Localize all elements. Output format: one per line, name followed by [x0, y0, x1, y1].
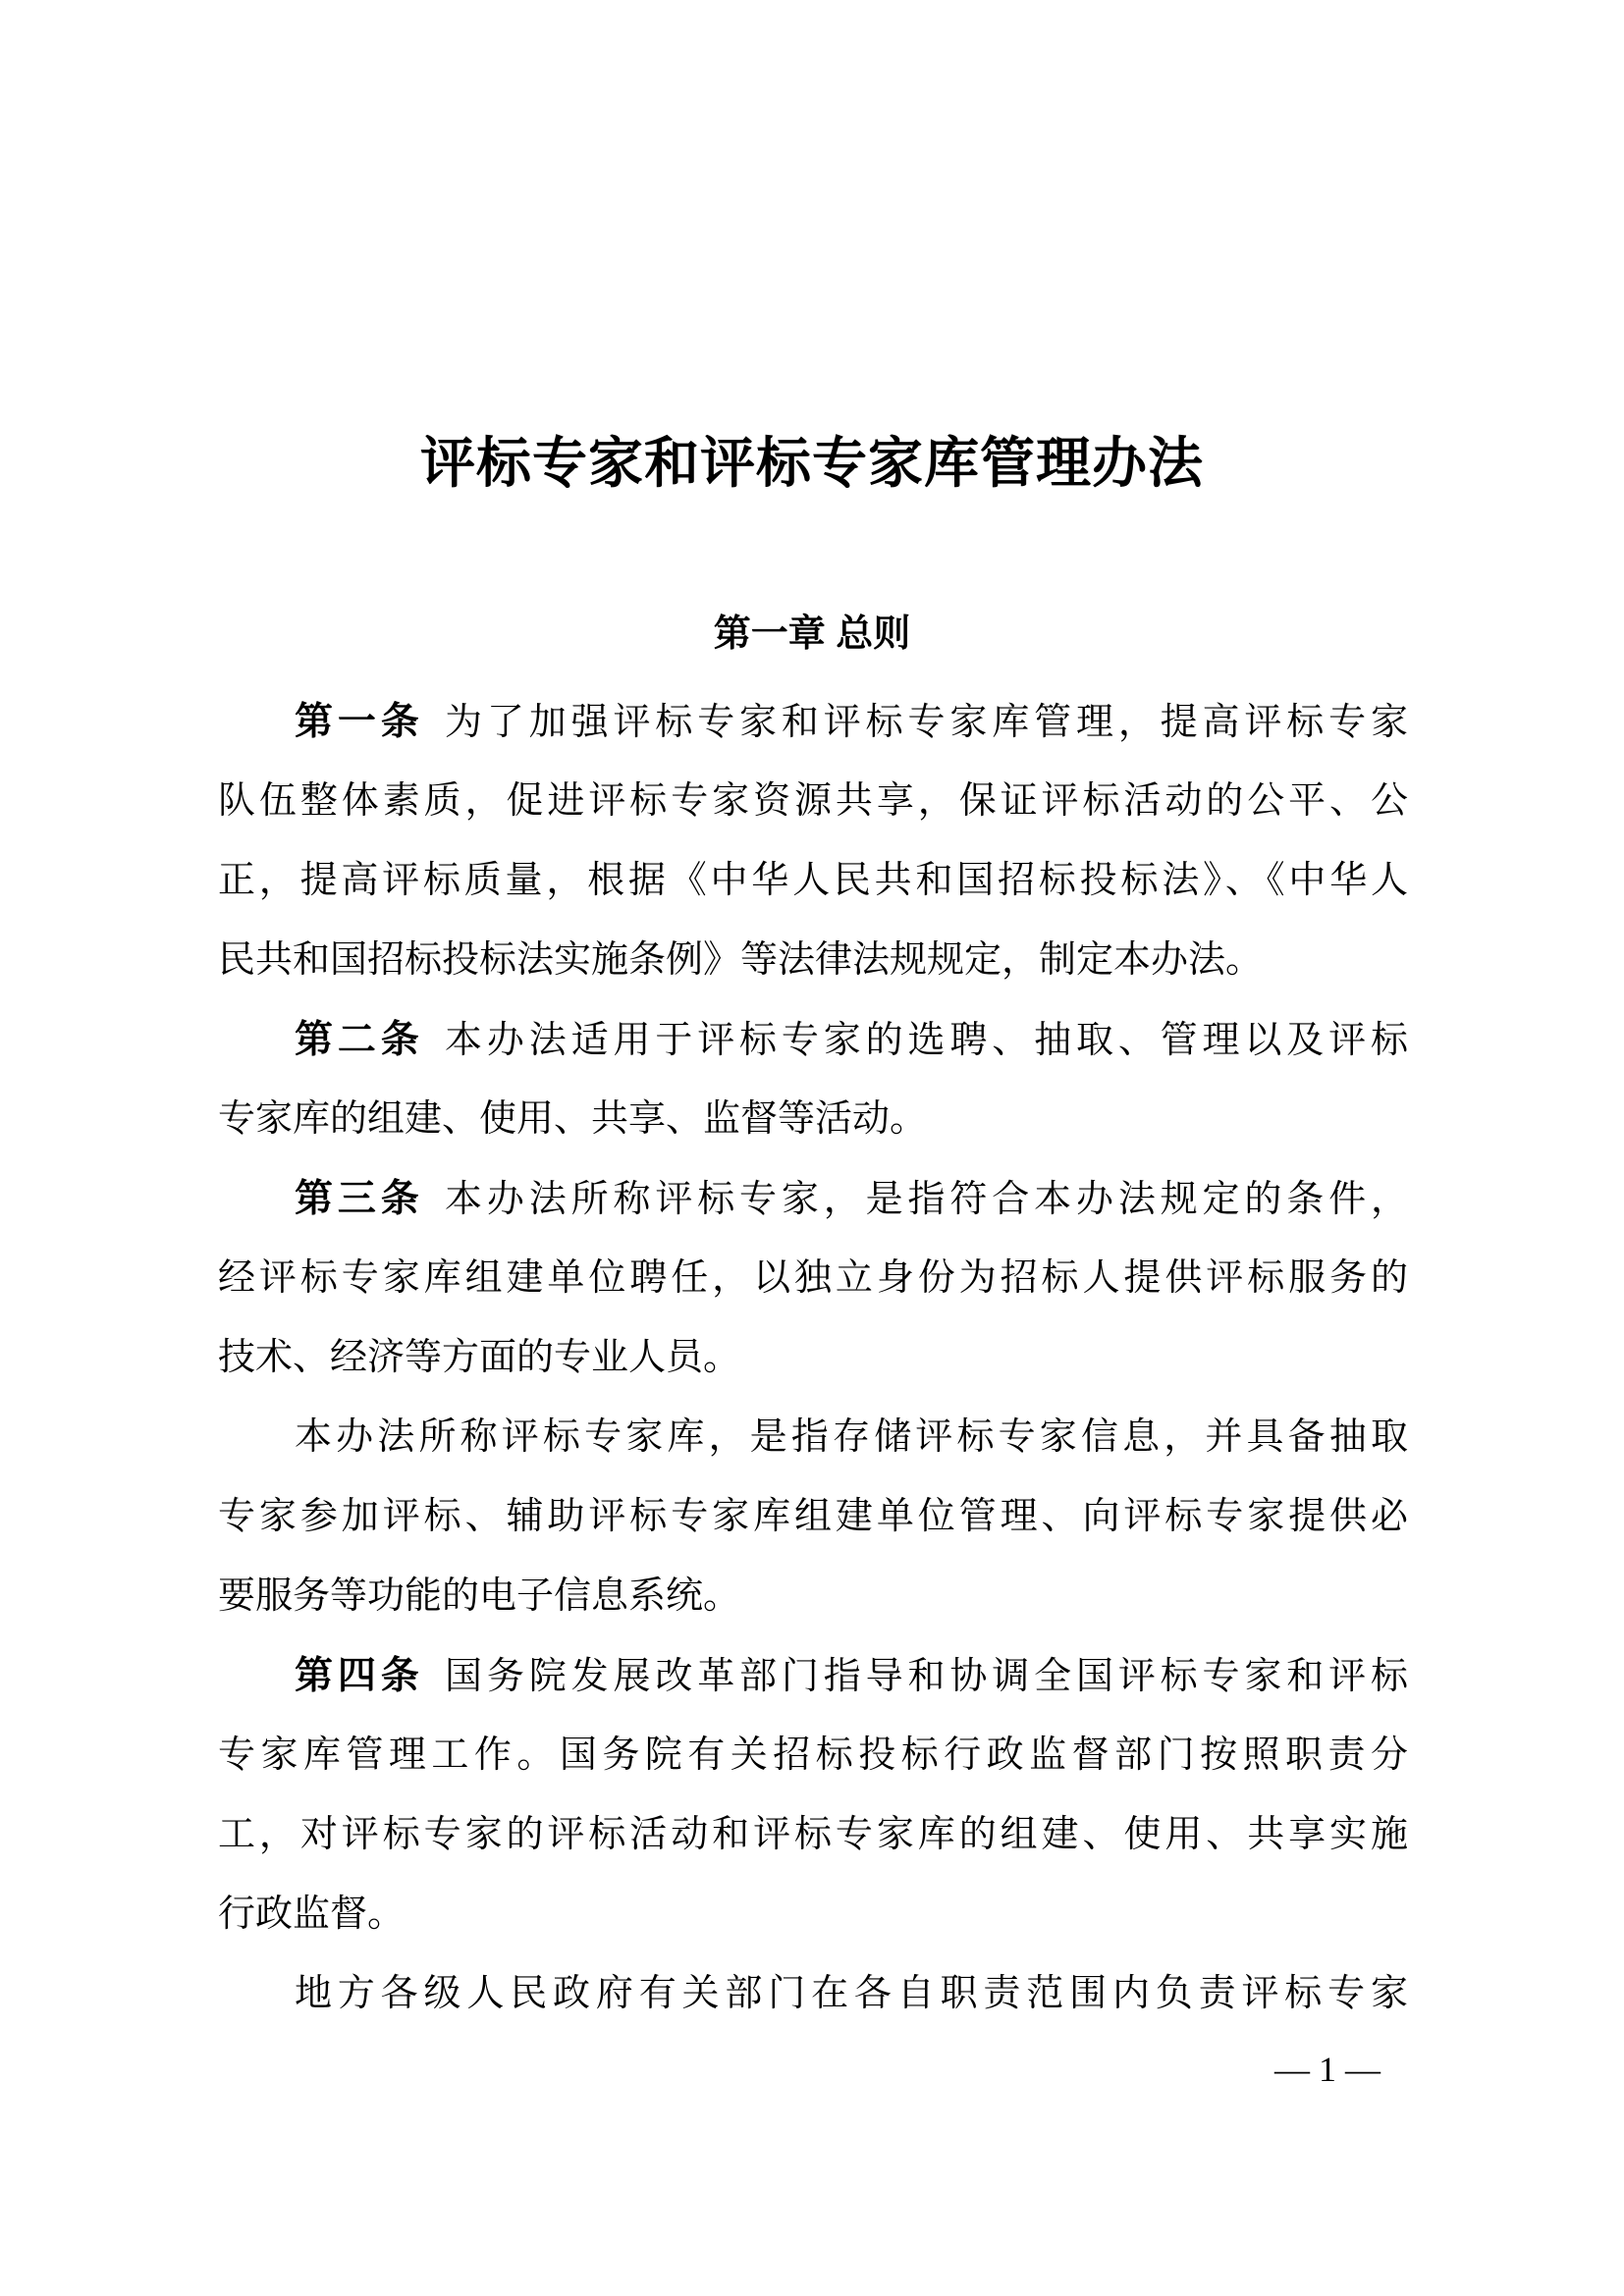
line-text: 队伍整体素质，促进评标专家资源共享，保证评标活动的公平、公	[218, 780, 1408, 822]
line-text: 技术、经济等方面的专业人员。	[218, 1337, 740, 1378]
line-text: 正，提高评标质量，根据《中华人民共和国招标投标法》、《中华人	[218, 860, 1408, 901]
body-line: 第四条国务院发展改革部门指导和协调全国评标专家和评标	[218, 1636, 1408, 1716]
body-line: 工，对评标专家的评标活动和评标专家库的组建、使用、共享实施	[218, 1795, 1408, 1875]
line-text: 民共和国招标投标法实施条例》等法律法规规定，制定本办法。	[218, 939, 1263, 981]
body-line: 专家库的组建、使用、共享、监督等活动。	[218, 1080, 1408, 1159]
body-line: 队伍整体素质，促进评标专家资源共享，保证评标活动的公平、公	[218, 762, 1408, 841]
line-text: 工，对评标专家的评标活动和评标专家库的组建、使用、共享实施	[218, 1814, 1408, 1855]
page-number: — 1 —	[1239, 2048, 1416, 2091]
document-page: 评标专家和评标专家库管理办法 第一章 总则 第一条为了加强评标专家和评标专家库管…	[0, 0, 1624, 2296]
body-line: 民共和国招标投标法实施条例》等法律法规规定，制定本办法。	[218, 921, 1408, 1000]
article-number: 第三条	[295, 1178, 424, 1220]
line-text: 国务院发展改革部门指导和协调全国评标专家和评标	[445, 1656, 1408, 1697]
article-number: 第四条	[295, 1655, 424, 1697]
line-text: 地方各级人民政府有关部门在各自职责范围内负责评标专家	[295, 1973, 1408, 2014]
article-number: 第一条	[295, 701, 424, 743]
body-line: 行政监督。	[218, 1875, 1408, 1954]
chapter-heading: 第一章 总则	[0, 611, 1624, 658]
body-line: 技术、经济等方面的专业人员。	[218, 1318, 1408, 1398]
body-line: 第二条本办法适用于评标专家的选聘、抽取、管理以及评标	[218, 1000, 1408, 1080]
body-line: 专家参加评标、辅助评标专家库组建单位管理、向评标专家提供必	[218, 1477, 1408, 1557]
article-number: 第二条	[295, 1019, 424, 1061]
line-text: 专家库管理工作。国务院有关招标投标行政监督部门按照职责分	[218, 1735, 1408, 1776]
line-text: 专家库的组建、使用、共享、监督等活动。	[218, 1098, 927, 1140]
line-text: 本办法所称评标专家，是指符合本办法规定的条件，	[445, 1179, 1408, 1220]
line-text: 经评标专家库组建单位聘任，以独立身份为招标人提供评标服务的	[218, 1257, 1408, 1299]
body-line: 本办法所称评标专家库，是指存储评标专家信息，并具备抽取	[218, 1398, 1408, 1477]
body-line: 地方各级人民政府有关部门在各自职责范围内负责评标专家	[218, 1954, 1408, 2034]
line-text: 专家参加评标、辅助评标专家库组建单位管理、向评标专家提供必	[218, 1496, 1408, 1537]
body-line: 正，提高评标质量，根据《中华人民共和国招标投标法》、《中华人	[218, 841, 1408, 921]
line-text: 本办法适用于评标专家的选聘、抽取、管理以及评标	[445, 1020, 1408, 1061]
line-text: 要服务等功能的电子信息系统。	[218, 1575, 740, 1617]
body-line: 经评标专家库组建单位聘任，以独立身份为招标人提供评标服务的	[218, 1239, 1408, 1318]
document-title: 评标专家和评标专家库管理办法	[0, 430, 1624, 499]
line-text: 为了加强评标专家和评标专家库管理，提高评标专家	[445, 702, 1408, 743]
body-line: 专家库管理工作。国务院有关招标投标行政监督部门按照职责分	[218, 1716, 1408, 1795]
line-text: 本办法所称评标专家库，是指存储评标专家信息，并具备抽取	[295, 1416, 1408, 1458]
line-text: 行政监督。	[218, 1894, 405, 1935]
body-line: 第三条本办法所称评标专家，是指符合本办法规定的条件，	[218, 1159, 1408, 1239]
body-line: 要服务等功能的电子信息系统。	[218, 1557, 1408, 1636]
body-line: 第一条为了加强评标专家和评标专家库管理，提高评标专家	[218, 682, 1408, 762]
document-body: 第一条为了加强评标专家和评标专家库管理，提高评标专家 队伍整体素质，促进评标专家…	[218, 682, 1408, 2034]
